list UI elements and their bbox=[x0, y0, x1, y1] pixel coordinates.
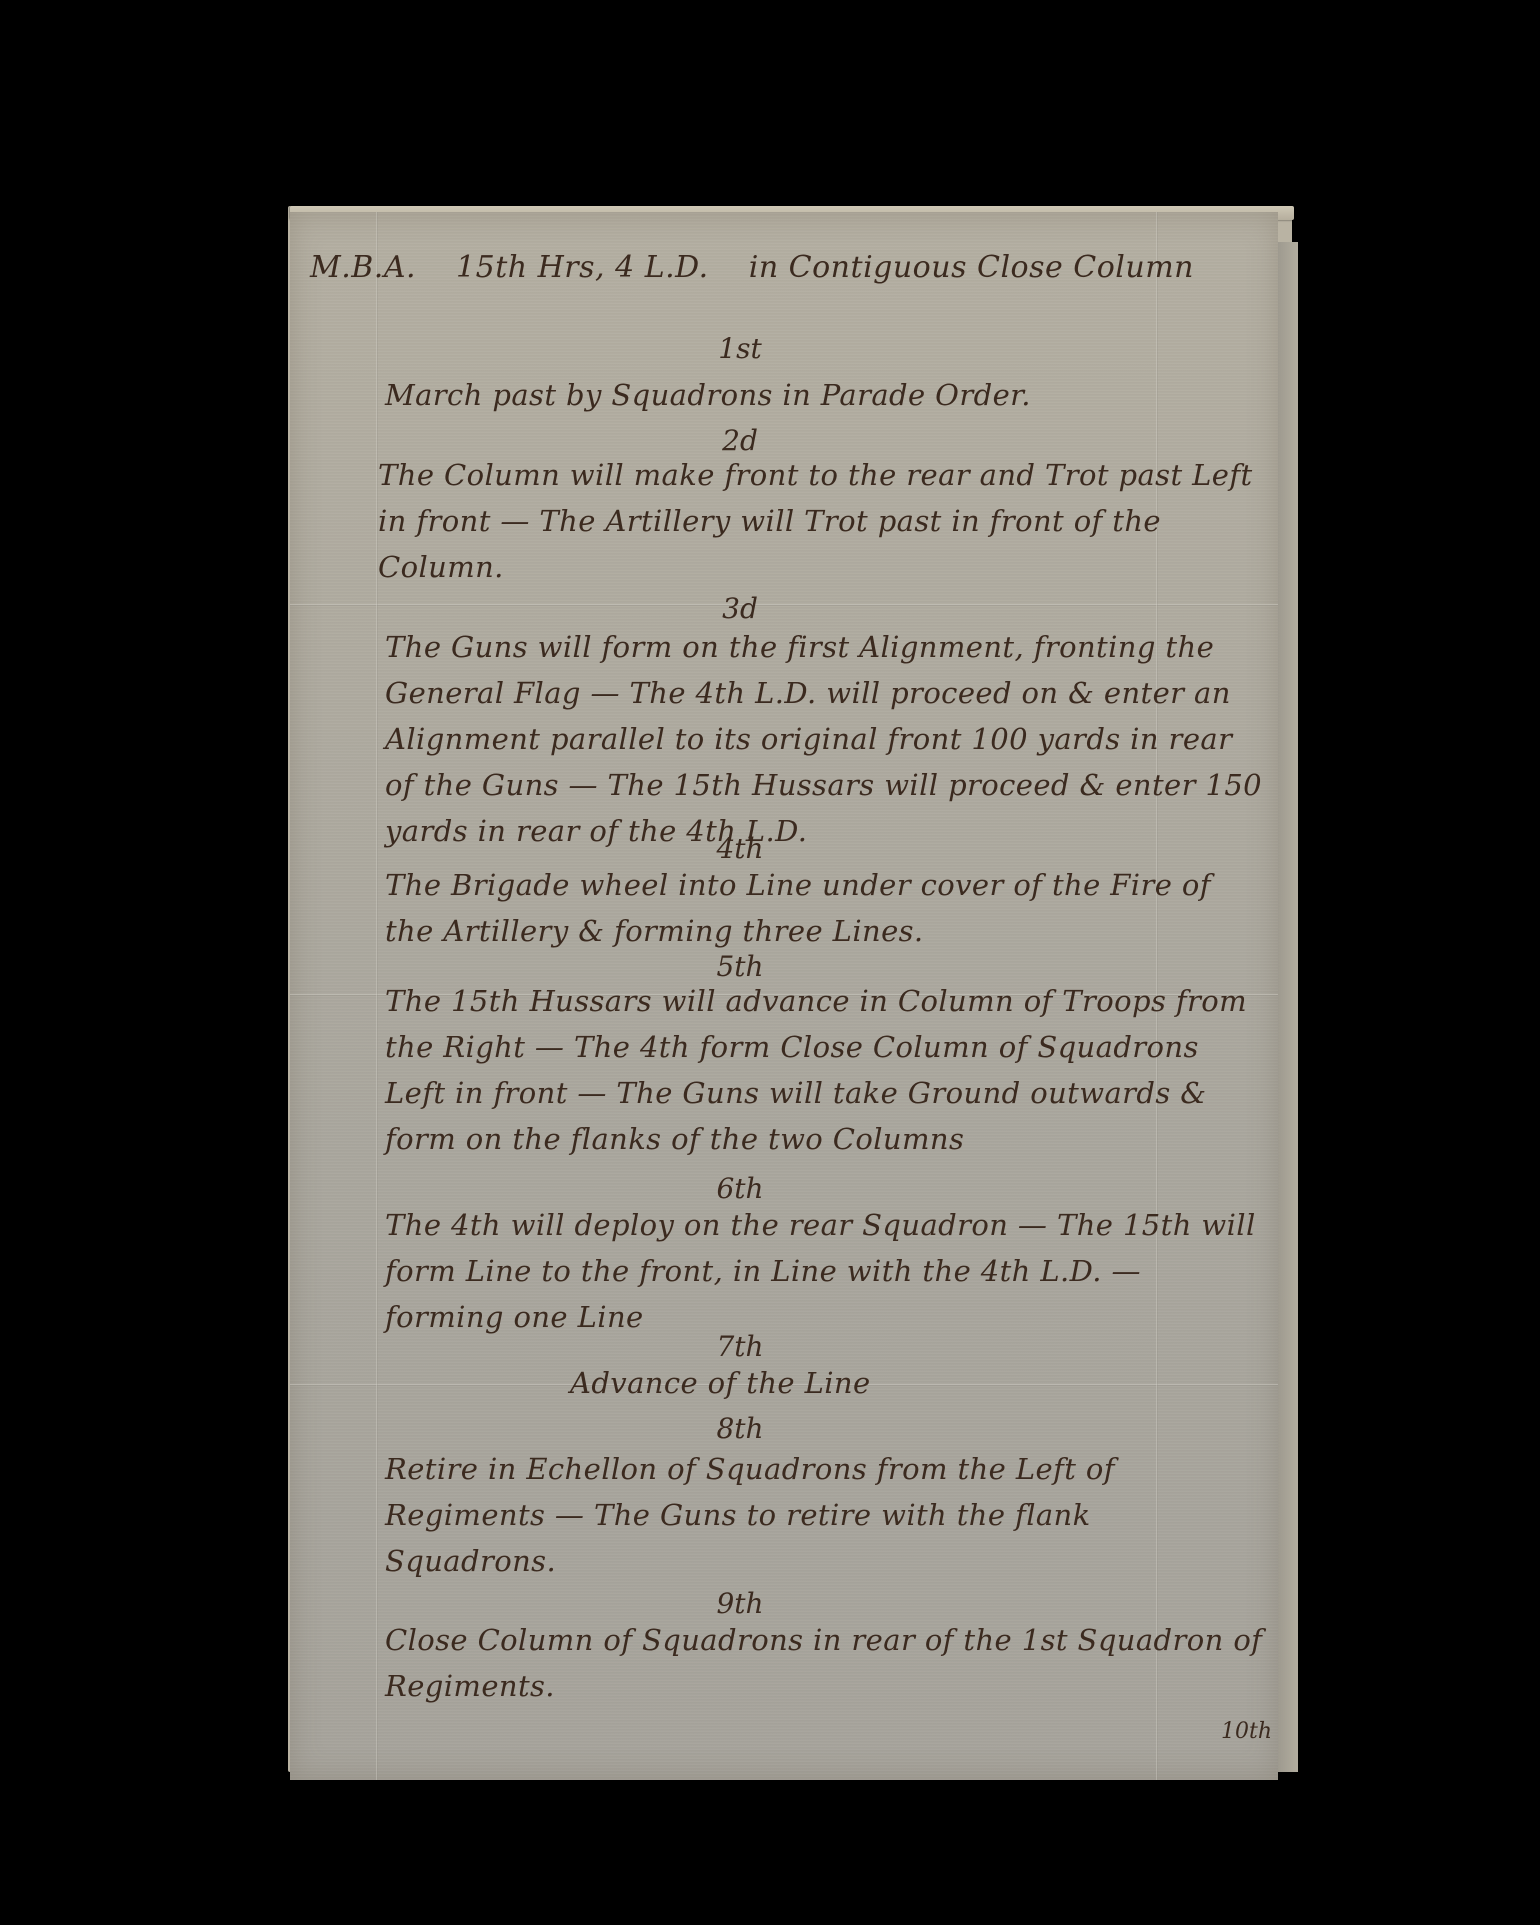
header-formation: in Contiguous Close Column bbox=[749, 250, 1194, 285]
manuscript-page: M.B.A. 15th Hrs, 4 L.D. in Contiguous Cl… bbox=[290, 212, 1278, 1780]
section-text-4: The Brigade wheel into Line under cover … bbox=[385, 862, 1265, 954]
section-text-8: Retire in Echellon of Squadrons from the… bbox=[385, 1446, 1265, 1584]
section-text-2: The Column will make front to the rear a… bbox=[378, 452, 1258, 590]
section-number-9: 9th bbox=[680, 1587, 800, 1620]
section-number-3: 3d bbox=[680, 592, 800, 625]
catchword-next-section: 10th bbox=[1221, 1719, 1272, 1744]
paper-right-edge bbox=[1278, 242, 1298, 1772]
document-header: M.B.A. 15th Hrs, 4 L.D. in Contiguous Cl… bbox=[310, 250, 1270, 285]
section-text-6: The 4th will deploy on the rear Squadron… bbox=[385, 1202, 1265, 1340]
header-units: 15th Hrs, 4 L.D. bbox=[456, 250, 709, 285]
section-number-8: 8th bbox=[680, 1412, 800, 1445]
section-number-7: 7th bbox=[680, 1330, 800, 1363]
section-number-1: 1st bbox=[680, 332, 800, 365]
section-text-1: March past by Squadrons in Parade Order. bbox=[385, 372, 1265, 418]
section-text-7: Advance of the Line bbox=[570, 1360, 1070, 1406]
section-text-5: The 15th Hussars will advance in Column … bbox=[385, 978, 1265, 1162]
fold-line-vertical-left bbox=[376, 212, 378, 1780]
section-text-9: Close Column of Squadrons in rear of the… bbox=[385, 1617, 1265, 1709]
section-number-4: 4th bbox=[680, 832, 800, 865]
header-prefix: M.B.A. bbox=[310, 250, 416, 285]
section-text-3: The Guns will form on the first Alignmen… bbox=[385, 624, 1265, 854]
section-number-6: 6th bbox=[680, 1172, 800, 1205]
